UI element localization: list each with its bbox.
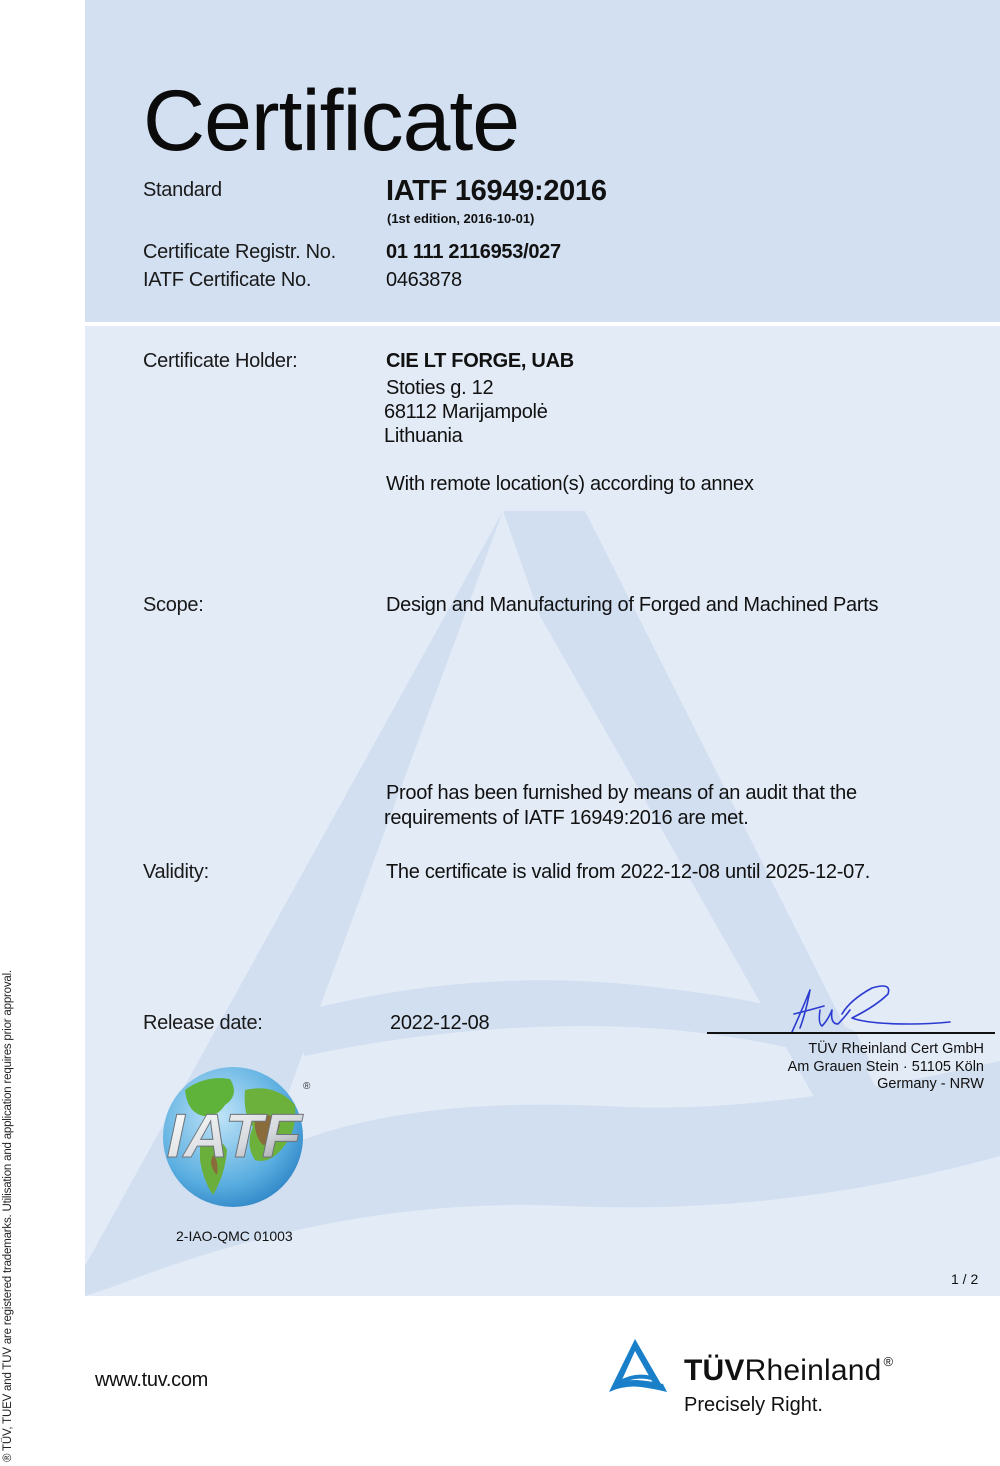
certificate-title: Certificate (143, 72, 519, 171)
remote-location-note: With remote location(s) according to ann… (386, 473, 754, 496)
validity-label: Validity: (143, 861, 209, 884)
release-date-label: Release date: (143, 1012, 263, 1035)
release-date-value: 2022-12-08 (390, 1012, 489, 1035)
globe-icon: IATF ® (145, 1065, 315, 1215)
signatory-line: Am Grauen Stein · 51105 Köln (788, 1059, 984, 1075)
standard-label: Standard (143, 179, 222, 202)
svg-text:IATF: IATF (161, 1102, 309, 1171)
proof-line: requirements of IATF 16949:2016 are met. (384, 807, 749, 830)
registered-mark: ® (884, 1354, 894, 1369)
website-link[interactable]: www.tuv.com (95, 1369, 208, 1392)
trademark-note: ® TÜV, TUEV and TUV are registered trade… (2, 970, 14, 1462)
holder-label: Certificate Holder: (143, 350, 297, 373)
tuv-brand-bold: TÜV (684, 1354, 745, 1387)
tuv-brand: TÜVRheinland® (684, 1354, 893, 1388)
holder-address-line: Lithuania (384, 425, 462, 448)
validity-value: The certificate is valid from 2022-12-08… (386, 861, 870, 884)
page-number: 1 / 2 (951, 1271, 978, 1287)
proof-line: Proof has been furnished by means of an … (386, 782, 857, 805)
svg-text:®: ® (303, 1081, 311, 1092)
standard-edition: (1st edition, 2016-10-01) (387, 211, 534, 226)
standard-value: IATF 16949:2016 (386, 175, 607, 208)
holder-address-line: Stoties g. 12 (386, 377, 493, 400)
registr-no-value: 01 111 2116953/027 (386, 241, 561, 264)
iatf-logo: IATF ® (145, 1065, 315, 1215)
signatory-line: TÜV Rheinland Cert GmbH (808, 1041, 984, 1057)
signature-icon (780, 980, 960, 1040)
holder-address-line: 68112 Marijampolė (384, 401, 548, 424)
scope-label: Scope: (143, 594, 203, 617)
scope-value: Design and Manufacturing of Forged and M… (386, 594, 878, 617)
tuv-tagline: Precisely Right. (684, 1394, 823, 1417)
tuv-brand-regular: Rheinland (745, 1354, 882, 1387)
holder-name: CIE LT FORGE, UAB (386, 350, 574, 373)
iatf-cert-no-label: IATF Certificate No. (143, 269, 311, 292)
signatory-line: Germany - NRW (877, 1076, 984, 1092)
registr-no-label: Certificate Registr. No. (143, 241, 336, 264)
iatf-code: 2-IAO-QMC 01003 (176, 1228, 293, 1244)
signature-line (707, 1032, 995, 1034)
tuv-triangle-icon (607, 1337, 669, 1395)
iatf-cert-no-value: 0463878 (386, 269, 462, 292)
